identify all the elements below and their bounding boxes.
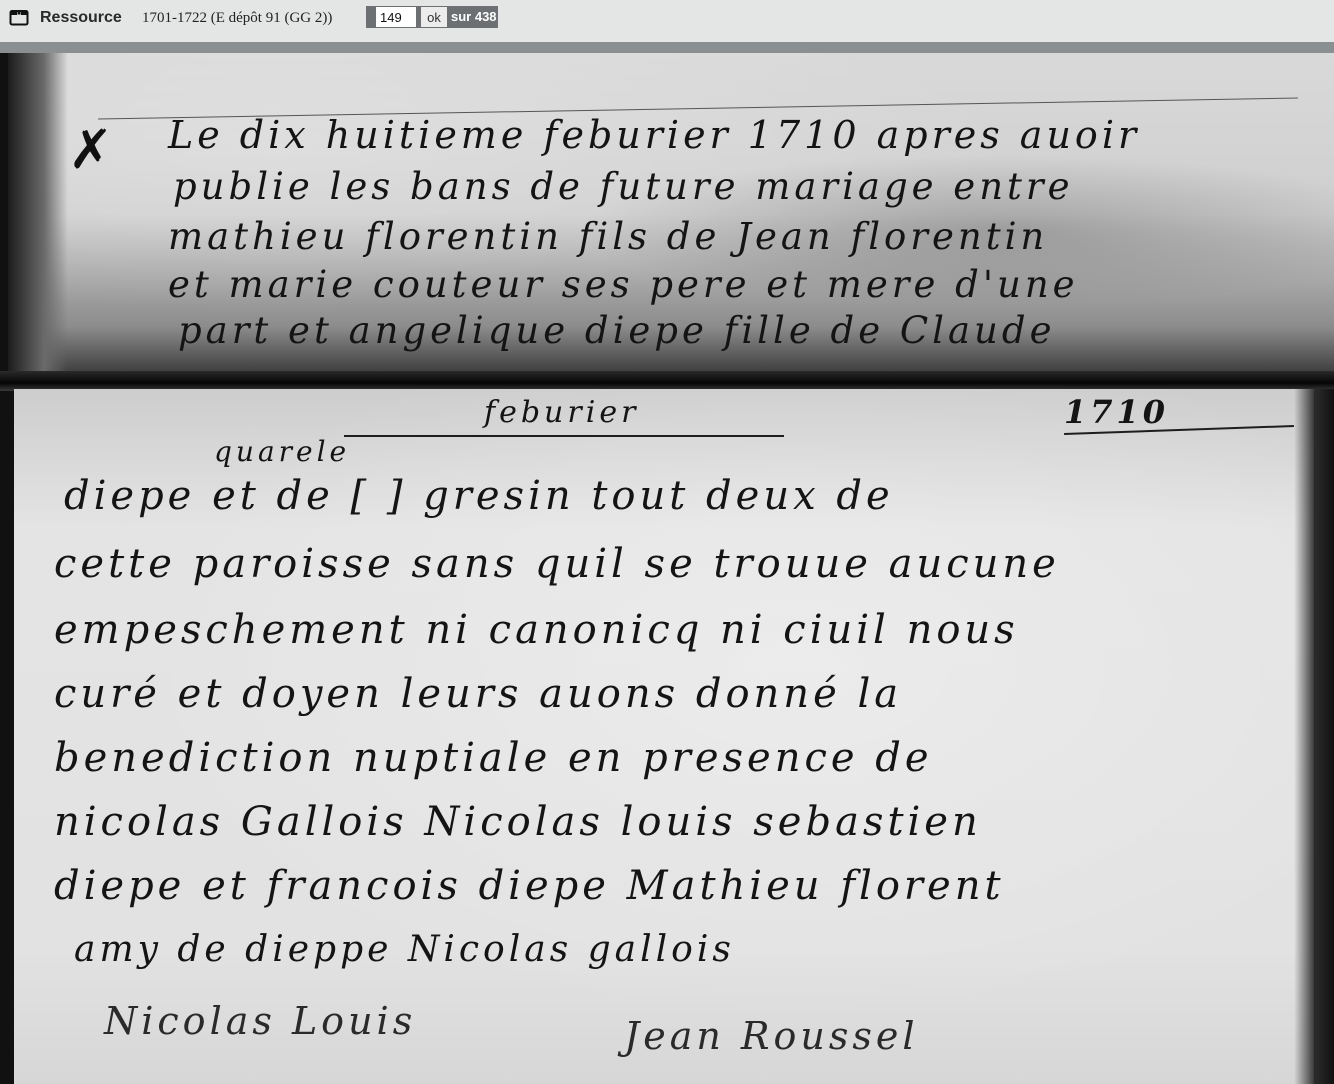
page-header-year: 1710 [1064, 393, 1169, 431]
resource-title: 1701-1722 (E dépôt 91 (GG 2)) [142, 10, 332, 27]
go-to-page-button[interactable]: ok [421, 7, 447, 27]
archive-box-icon [9, 8, 29, 26]
manuscript-line: part et angelique diepe fille de Claude [178, 309, 1055, 352]
document-image-viewer[interactable]: ✗ Le dix huitieme feburier 1710 apres au… [0, 53, 1334, 1084]
margin-cross-mark: ✗ [68, 123, 113, 177]
page-total: sur 438 [451, 9, 497, 24]
header-divider [0, 42, 1334, 53]
manuscript-line: diepe et francois diepe Mathieu florent [54, 863, 1005, 909]
manuscript-line: publie les bans de future mariage entre [173, 165, 1073, 208]
resource-header: Ressource 1701-1722 (E dépôt 91 (GG 2)) … [0, 0, 1334, 42]
manuscript-line: mathieu florentin fils de Jean florentin [168, 215, 1048, 258]
manuscript-line: diepe et de [ ] gresin tout deux de [64, 473, 894, 519]
manuscript-line: cette paroisse sans quil se trouue aucun… [54, 541, 1060, 587]
signature: Jean Roussel [624, 1014, 919, 1058]
interlinear-note: quarele [214, 435, 350, 468]
page-navigator: ok sur 438 [366, 6, 498, 28]
page-fold [0, 371, 1334, 391]
page-number-input[interactable] [376, 7, 416, 27]
signature: Nicolas Louis [104, 999, 416, 1043]
manuscript-line: Le dix huitieme feburier 1710 apres auoi… [168, 113, 1140, 157]
manuscript-line: et marie couteur ses pere et mere d'une [168, 263, 1079, 306]
manuscript-line: nicolas Gallois Nicolas louis sebastien [54, 799, 982, 845]
manuscript-line: curé et doyen leurs auons donné la [54, 671, 902, 717]
lower-page: feburier 1710 quarele diepe et de [ ] gr… [14, 389, 1314, 1084]
page-header-month: feburier [484, 395, 639, 430]
header-underline [344, 435, 784, 437]
resource-label: Ressource [40, 9, 122, 27]
manuscript-line: benediction nuptiale en presence de [54, 735, 933, 781]
manuscript-line: empeschement ni canonicq ni ciuil nous [54, 607, 1019, 653]
manuscript-line: amy de dieppe Nicolas gallois [74, 929, 735, 970]
upper-page: ✗ Le dix huitieme feburier 1710 apres au… [8, 53, 1334, 375]
